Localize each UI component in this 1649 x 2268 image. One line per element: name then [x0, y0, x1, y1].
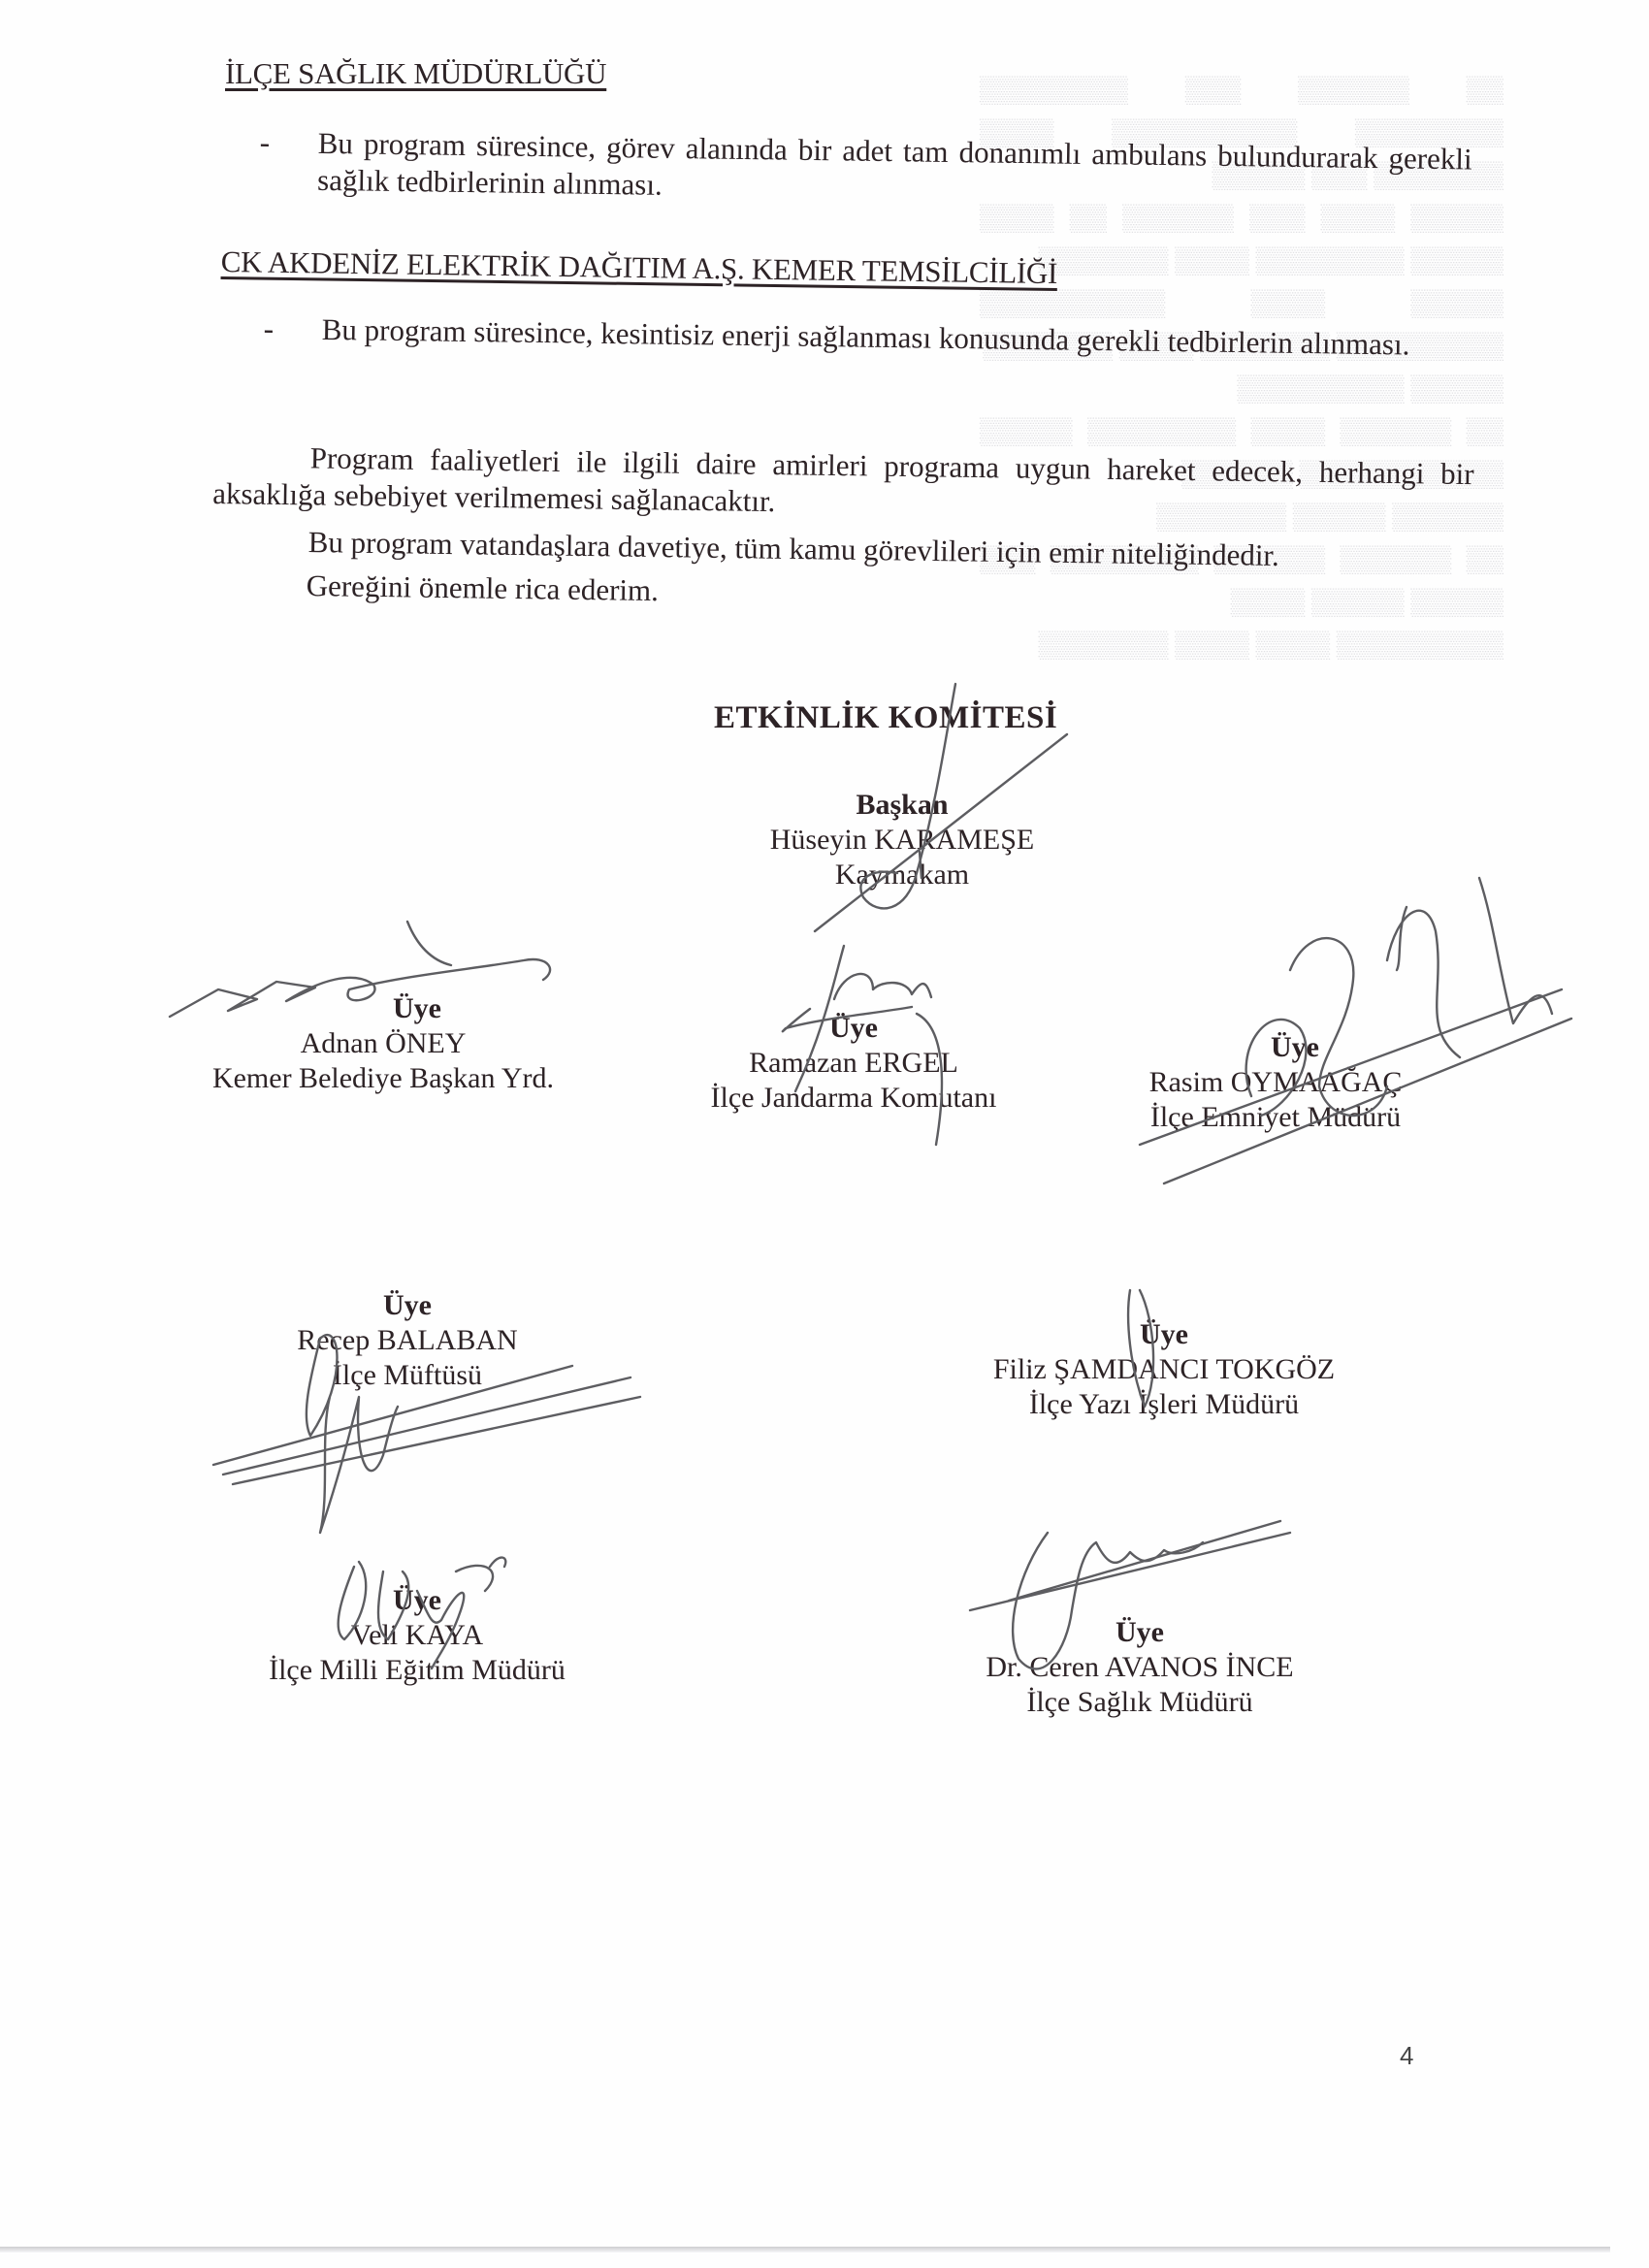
signature-block-member: Üye Rasim OYMAAĞAÇ İlçe Emniyet Müdürü — [1115, 1030, 1436, 1135]
signature-block-member: Üye Filiz ŞAMDANCI TOKGÖZ İlçe Yazı İşle… — [941, 1317, 1387, 1422]
signatory-position: Kemer Belediye Başkan Yrd. — [165, 1061, 601, 1096]
signatory-name: Recep BALABAN — [262, 1323, 553, 1358]
signatory-name: Hüseyin KARAMEŞE — [698, 823, 1106, 858]
page-number: 4 — [1400, 2041, 1413, 2071]
scan-edge — [0, 2247, 1610, 2252]
signatory-role: Başkan — [698, 788, 1106, 823]
section-heading-electricity: CK AKDENİZ ELEKTRİK DAĞITIM A.Ş. KEMER T… — [220, 244, 1057, 291]
signatory-position: İlçe Milli Eğitim Müdürü — [233, 1653, 601, 1688]
signatory-role: Üye — [946, 1615, 1334, 1650]
signatory-role: Üye — [165, 991, 601, 1026]
signatory-name: Dr. Ceren AVANOS İNCE — [946, 1650, 1334, 1685]
document-page: ▒▒ ▒▒▒▒▒▒ ▒▒▒ ▒▒▒▒▒▒▒▒ ▒▒▒▒▒▒▒▒ ▒▒▒▒▒▒▒▒… — [0, 0, 1649, 2268]
signatory-position: İlçe Jandarma Komutanı — [660, 1081, 1048, 1116]
signatory-role: Üye — [660, 1011, 1048, 1046]
signatory-name: Veli KAYA — [233, 1618, 601, 1653]
section-body-health: - Bu program süresince, görev alanında b… — [259, 124, 1472, 214]
signatory-name: Rasim OYMAAĞAÇ — [1115, 1065, 1436, 1100]
signatory-name: Adnan ÖNEY — [165, 1026, 601, 1061]
signatory-role: Üye — [1115, 1030, 1436, 1065]
committee-title: ETKİNLİK KOMİTESİ — [714, 700, 1057, 736]
signatory-name: Ramazan ERGEL — [660, 1046, 1048, 1081]
signatory-role: Üye — [941, 1317, 1387, 1352]
closing-paragraph-3: Gereğini önemle rica ederim. — [306, 567, 659, 609]
bullet-marker: - — [259, 124, 318, 199]
signature-block-member: Üye Recep BALABAN İlçe Müftüsü — [262, 1288, 553, 1393]
signatory-position: İlçe Yazı İşleri Müdürü — [941, 1387, 1387, 1422]
signatory-role: Üye — [262, 1288, 553, 1323]
signature-block-member: Üye Adnan ÖNEY Kemer Belediye Başkan Yrd… — [165, 991, 601, 1096]
signatory-role: Üye — [233, 1583, 601, 1618]
list-item: - Bu program süresince, görev alanında b… — [259, 124, 1472, 214]
signatory-name: Filiz ŞAMDANCI TOKGÖZ — [941, 1352, 1387, 1387]
bullet-text: Bu program süresince, görev alanında bir… — [317, 125, 1472, 215]
signatory-position: İlçe Sağlık Müdürü — [946, 1685, 1334, 1720]
signature-block-member: Üye Veli KAYA İlçe Milli Eğitim Müdürü — [233, 1583, 601, 1688]
signatory-position: İlçe Emniyet Müdürü — [1115, 1100, 1436, 1135]
signature-block-member: Üye Ramazan ERGEL İlçe Jandarma Komutanı — [660, 1011, 1048, 1116]
signatory-position: İlçe Müftüsü — [262, 1358, 553, 1393]
signatory-position: Kaymakam — [698, 858, 1106, 892]
section-heading-health: İLÇE SAĞLIK MÜDÜRLÜĞÜ — [225, 56, 606, 91]
signature-block-member: Üye Dr. Ceren AVANOS İNCE İlçe Sağlık Mü… — [946, 1615, 1334, 1720]
bullet-marker: - — [263, 310, 322, 348]
signature-block-chair: Başkan Hüseyin KARAMEŞE Kaymakam — [698, 788, 1106, 892]
